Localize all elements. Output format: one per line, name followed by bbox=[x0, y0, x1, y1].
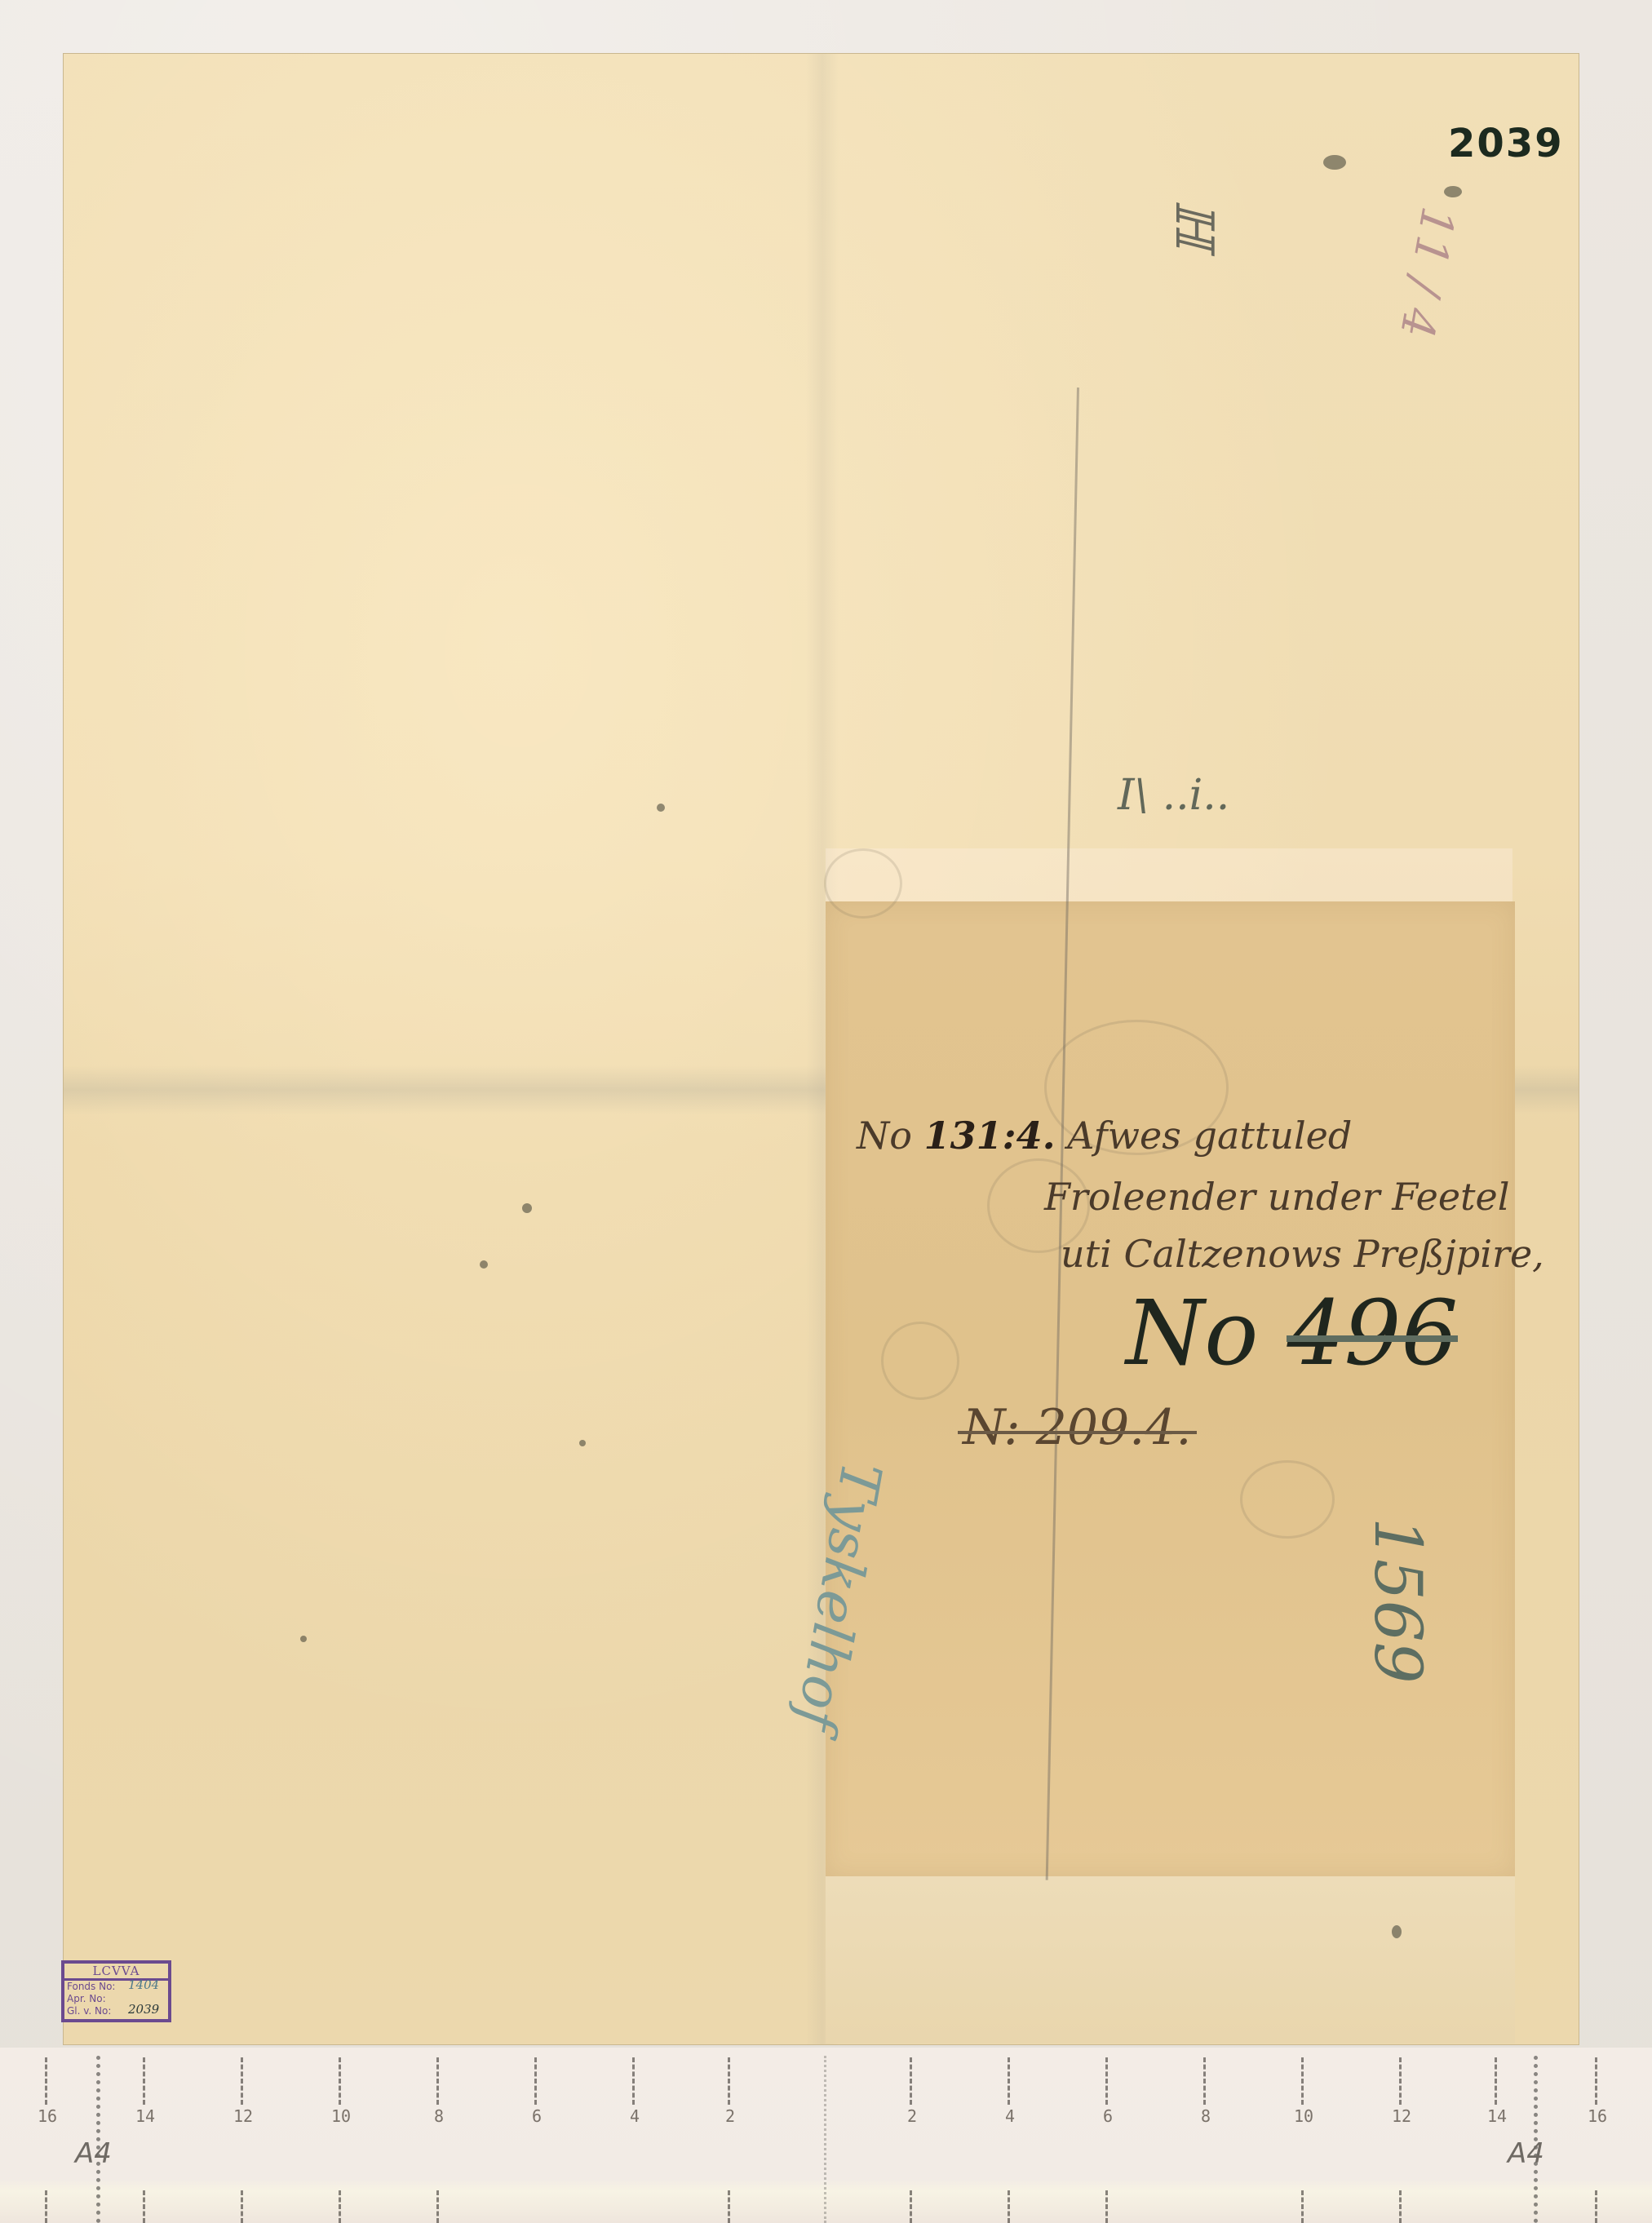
ruler-tick bbox=[910, 2057, 912, 2105]
current-number-value: 496 bbox=[1287, 1281, 1458, 1385]
ruler-tick bbox=[1301, 2190, 1304, 2223]
stain-spot bbox=[522, 1203, 532, 1213]
current-number: No 496 bbox=[1126, 1281, 1458, 1385]
ruler-label: 16 bbox=[38, 2106, 57, 2126]
ruler-tick bbox=[1399, 2190, 1402, 2223]
stain-spot bbox=[657, 804, 665, 812]
stamp-label: Apr. No: bbox=[67, 1993, 106, 2004]
ruler-tick bbox=[1203, 2057, 1206, 2105]
pencil-mark: ℍ bbox=[1163, 200, 1224, 249]
ruler-label: 14 bbox=[1487, 2106, 1507, 2126]
ruler-tick bbox=[45, 2190, 47, 2223]
ruler-center-mark bbox=[824, 2056, 826, 2223]
catalog-number: 2039 bbox=[1448, 121, 1564, 166]
ruler-label: 10 bbox=[331, 2106, 351, 2126]
ruler-tick bbox=[436, 2057, 439, 2105]
ruler-label: 12 bbox=[233, 2106, 253, 2126]
show-through-mark bbox=[824, 848, 902, 919]
stain-spot bbox=[579, 1440, 586, 1446]
old-number: N: 209.4. bbox=[963, 1399, 1192, 1456]
ruler-tick bbox=[1595, 2190, 1597, 2223]
ruler-label: 4 bbox=[1005, 2106, 1015, 2126]
stamp-value: 1404 bbox=[128, 1979, 159, 1991]
old-number-digits: 209.4. bbox=[1036, 1399, 1192, 1456]
ruler-label: 8 bbox=[434, 2106, 444, 2126]
inscription-line-1: No 131:4. Afwes gattuled bbox=[857, 1114, 1352, 1158]
ruler-label: 2 bbox=[725, 2106, 735, 2126]
inscription-line-3: uti Caltzenows Preßjpire, bbox=[1061, 1232, 1544, 1276]
ruler-tick bbox=[1301, 2057, 1304, 2105]
stain-spot bbox=[1392, 1925, 1402, 1938]
ruler-tick bbox=[1008, 2190, 1010, 2223]
ruler-a4-label: A4 bbox=[1508, 2137, 1544, 2170]
show-through-mark bbox=[881, 1322, 959, 1400]
ruler-label: 4 bbox=[630, 2106, 640, 2126]
ruler-label: 8 bbox=[1201, 2106, 1211, 2126]
ruler-tick bbox=[1399, 2057, 1402, 2105]
stamp-value: 2039 bbox=[128, 2004, 159, 2016]
ruler-tick bbox=[436, 2190, 439, 2223]
current-number-prefix: No bbox=[1126, 1281, 1258, 1385]
ruler-tick bbox=[143, 2057, 145, 2105]
ruler-tick bbox=[1008, 2057, 1010, 2105]
stamp-label: Gl. v. No: bbox=[67, 2005, 111, 2017]
ruler-tick bbox=[45, 2057, 47, 2105]
ruler-label: 6 bbox=[1103, 2106, 1113, 2126]
ruler-label: 14 bbox=[135, 2106, 155, 2126]
faint-inscription: I\ ..i.. bbox=[1118, 771, 1229, 820]
ruler-tick bbox=[339, 2190, 341, 2223]
scale-ruler: 16 14 12 10 8 6 4 2 2 4 6 8 10 12 14 16 … bbox=[0, 2048, 1652, 2223]
stain-spot bbox=[480, 1260, 488, 1269]
inscription-text: Afwes gattuled bbox=[1067, 1114, 1352, 1158]
ruler-tick bbox=[1495, 2057, 1497, 2105]
inscription-number: 131:4. bbox=[924, 1114, 1056, 1158]
ruler-label: 2 bbox=[907, 2106, 917, 2126]
inscription-line-2: Froleender under Feetel bbox=[1044, 1175, 1509, 1219]
ruler-label: 12 bbox=[1392, 2106, 1411, 2126]
ruler-tick bbox=[1595, 2057, 1597, 2105]
ruler-label: 10 bbox=[1294, 2106, 1313, 2126]
stain-spot bbox=[300, 1636, 307, 1642]
old-number-prefix: N: bbox=[963, 1399, 1021, 1456]
ruler-tick bbox=[910, 2190, 912, 2223]
ruler-tick bbox=[632, 2057, 635, 2105]
old-number-value: N: 209.4. bbox=[963, 1399, 1192, 1456]
ruler-tick bbox=[728, 2057, 730, 2105]
ruler-tick bbox=[1105, 2057, 1108, 2105]
stamp-label: Fonds No: bbox=[67, 1981, 115, 1992]
inscription-prefix: No bbox=[857, 1114, 912, 1158]
stamp-row-glv: Gl. v. No: 2039 bbox=[64, 2005, 168, 2017]
ruler-tick bbox=[728, 2190, 730, 2223]
stain-spot bbox=[1323, 155, 1346, 170]
ruler-a4-label: A4 bbox=[75, 2137, 112, 2170]
year-annotation: 1569 bbox=[1360, 1517, 1436, 1684]
repair-tissue-lower bbox=[826, 1876, 1515, 2044]
ruler-label: 6 bbox=[532, 2106, 542, 2126]
ruler-tick bbox=[241, 2057, 243, 2105]
ruler-tick bbox=[339, 2057, 341, 2105]
ruler-tick bbox=[241, 2190, 243, 2223]
show-through-mark bbox=[1240, 1460, 1335, 1539]
archive-stamp: LCVVA Fonds No: 1404 Apr. No: Gl. v. No:… bbox=[61, 1960, 171, 2022]
stamp-row-fonds: Fonds No: 1404 bbox=[64, 1981, 168, 1993]
ruler-tick bbox=[534, 2057, 537, 2105]
stain-spot bbox=[1444, 186, 1462, 197]
ruler-tick bbox=[1105, 2190, 1108, 2223]
ruler-label: 16 bbox=[1588, 2106, 1607, 2126]
ruler-tick bbox=[143, 2190, 145, 2223]
